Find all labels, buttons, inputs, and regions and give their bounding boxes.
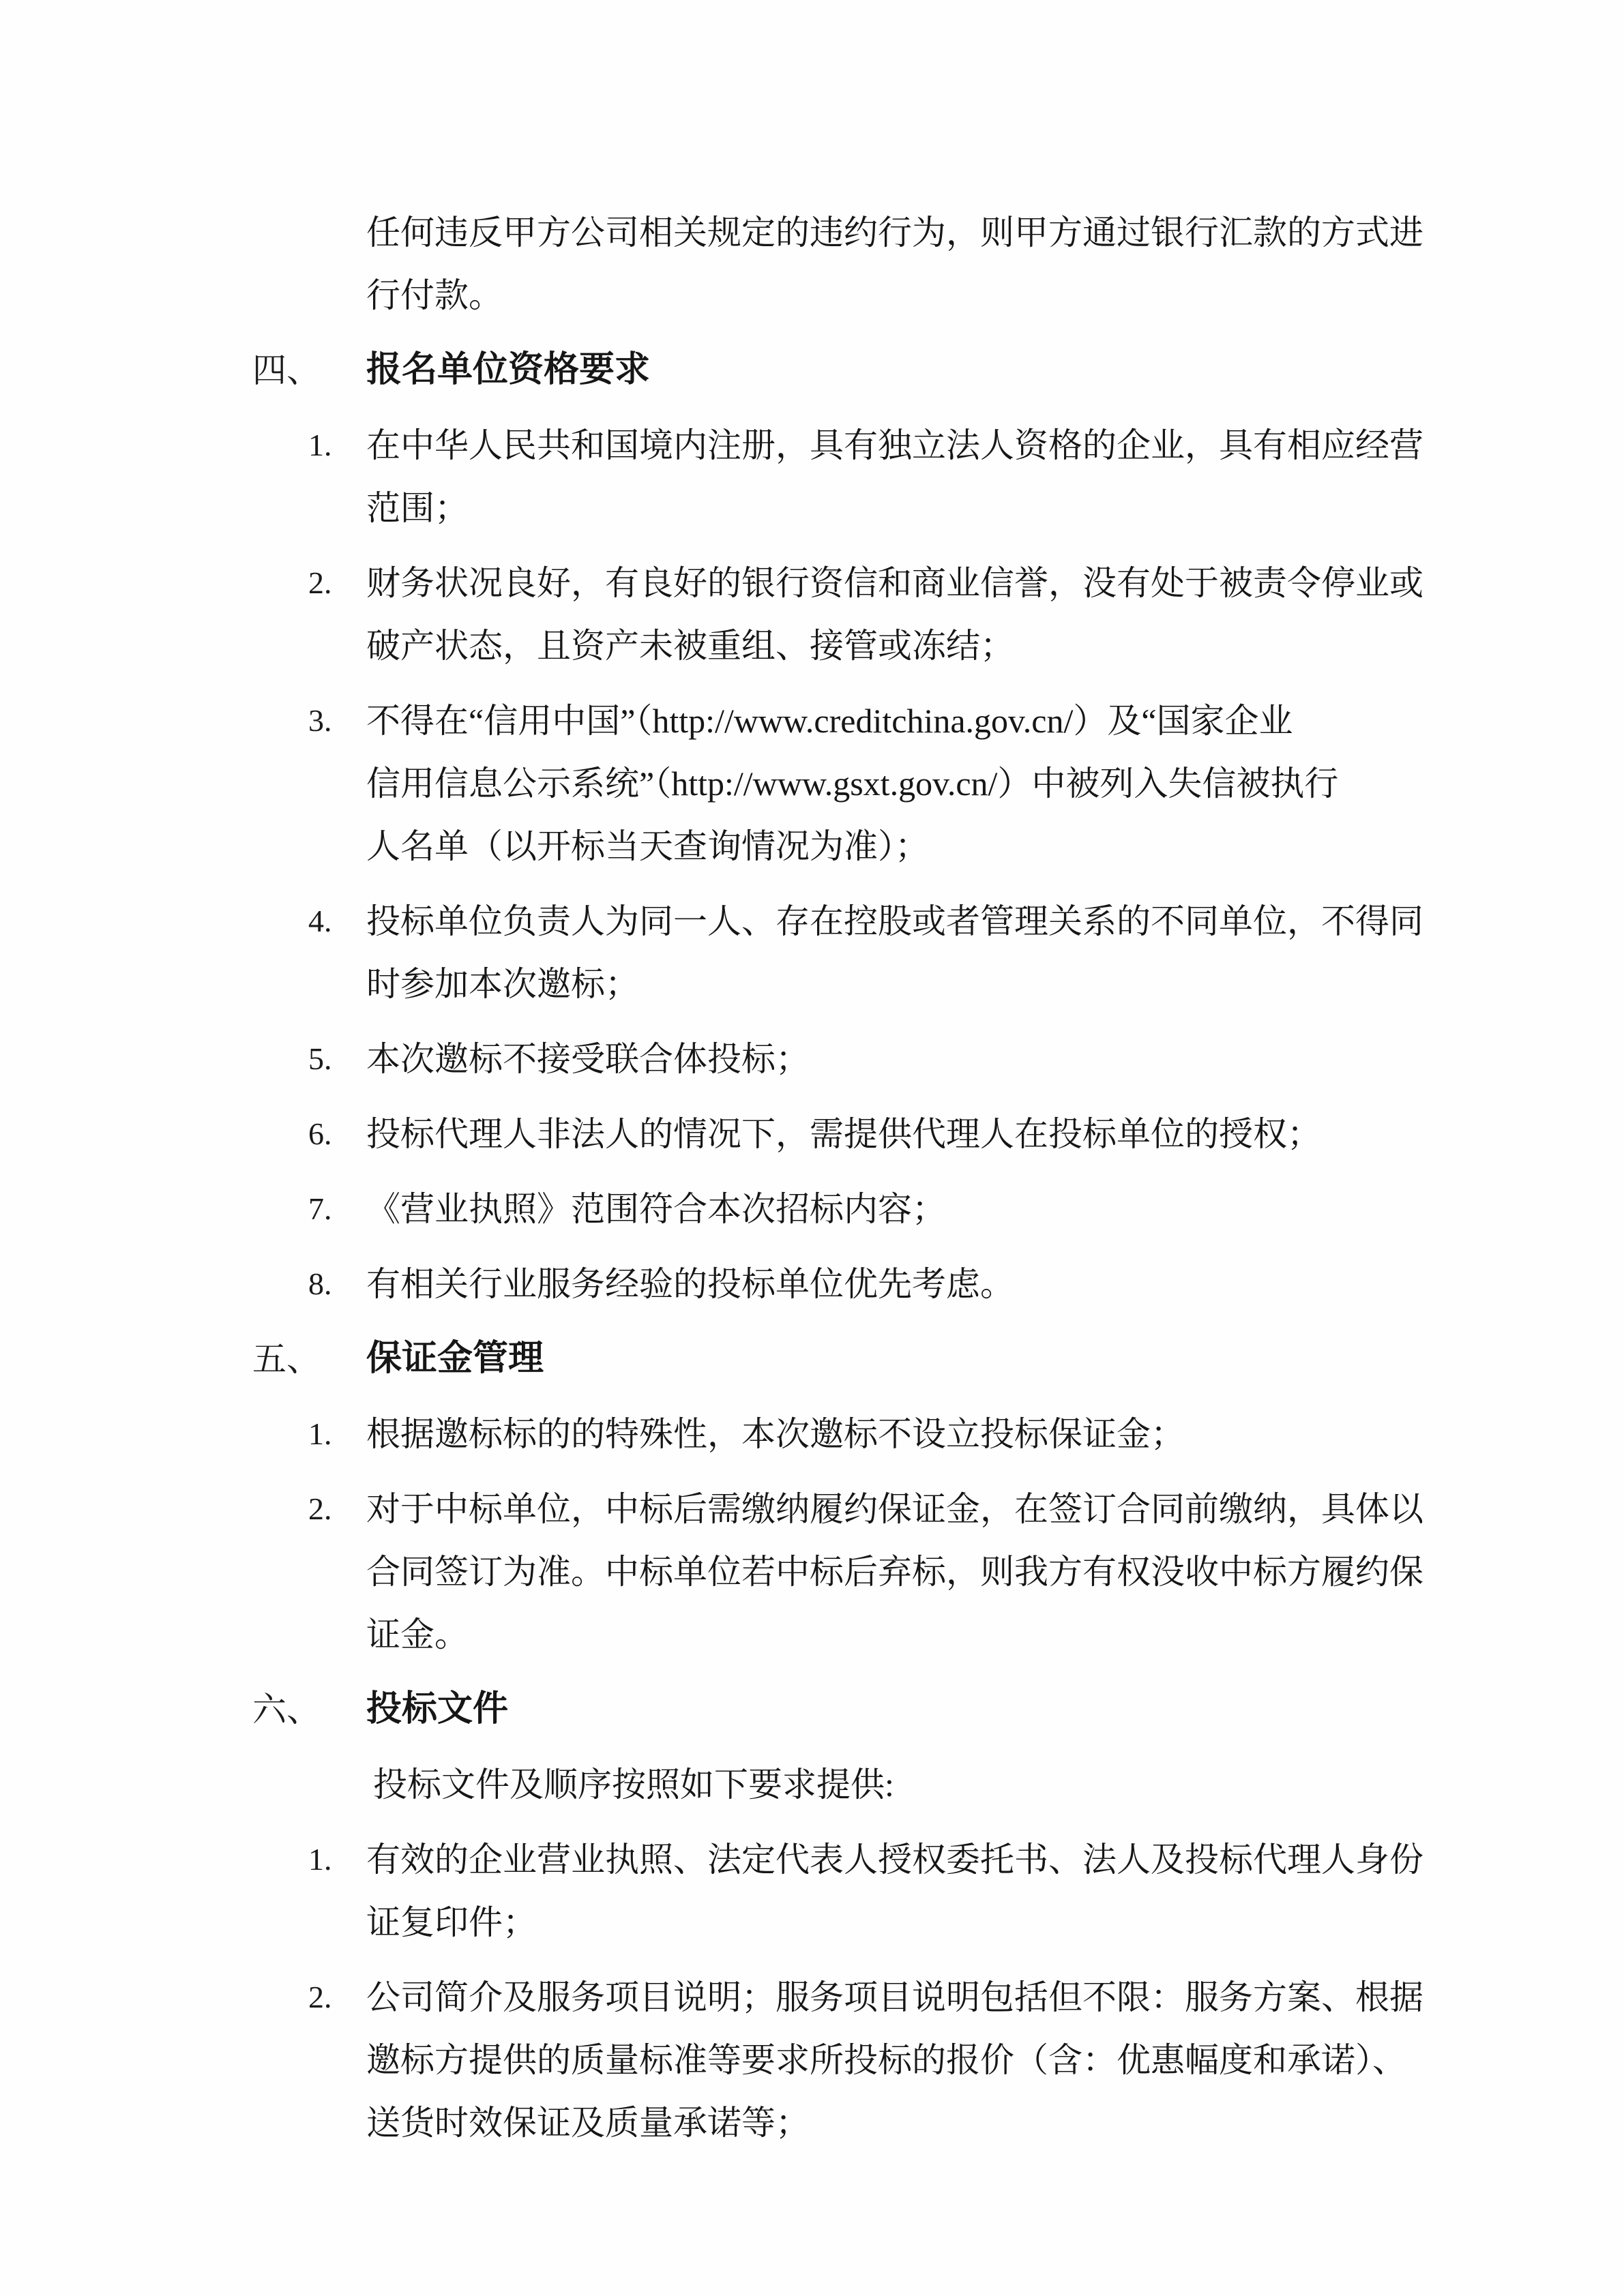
item-number: 7. bbox=[308, 1178, 332, 1240]
text-line: 合同签订为准。中标单位若中标后弃标，则我方有权没收中标方履约保 bbox=[366, 1540, 1458, 1603]
section-intro: 投标文件及顺序按照如下要求提供: bbox=[366, 1753, 1458, 1816]
text-line: 在中华人民共和国境内注册，具有独立法人资格的企业，具有相应经营 bbox=[366, 414, 1458, 477]
text-line: 范围； bbox=[366, 477, 1458, 539]
text-line: 本次邀标不接受联合体投标； bbox=[366, 1028, 1458, 1090]
item-number: 2. bbox=[308, 1966, 332, 2029]
text-line: 送货时效保证及质量承诺等； bbox=[366, 2091, 1458, 2154]
text-line: 行付款。 bbox=[366, 264, 1458, 327]
continuation-paragraph: 任何违反甲方公司相关规定的违约行为，则甲方通过银行汇款的方式进 行付款。 bbox=[366, 201, 1458, 327]
item-number: 5. bbox=[308, 1028, 332, 1090]
text-line: 邀标方提供的质量标准等要求所投标的报价（含：优惠幅度和承诺）、 bbox=[366, 2029, 1458, 2091]
text-line: 有效的企业营业执照、法定代表人授权委托书、法人及投标代理人身份 bbox=[366, 1828, 1458, 1891]
list-item: 2. 财务状况良好，有良好的银行资信和商业信誉，没有处于被责令停业或 破产状态，… bbox=[366, 552, 1458, 677]
list-item: 1. 根据邀标标的的特殊性，本次邀标不设立投标保证金； bbox=[366, 1403, 1458, 1465]
text-line: 对于中标单位，中标后需缴纳履约保证金，在签订合同前缴纳，具体以 bbox=[366, 1478, 1458, 1540]
section-number: 四、 bbox=[252, 339, 321, 402]
list-item: 8. 有相关行业服务经验的投标单位优先考虑。 bbox=[366, 1253, 1458, 1315]
list-item: 7. 《营业执照》范围符合本次招标内容； bbox=[366, 1178, 1458, 1240]
list-item: 5. 本次邀标不接受联合体投标； bbox=[366, 1028, 1458, 1090]
document-page: 任何违反甲方公司相关规定的违约行为，则甲方通过银行汇款的方式进 行付款。 四、 … bbox=[0, 0, 1624, 2296]
item-number: 1. bbox=[308, 1403, 332, 1465]
text-line: 有相关行业服务经验的投标单位优先考虑。 bbox=[366, 1253, 1458, 1315]
section-heading: 四、 报名单位资格要求 bbox=[366, 339, 1458, 402]
text-line: 破产状态，且资产未被重组、接管或冻结； bbox=[366, 614, 1458, 677]
item-number: 8. bbox=[308, 1253, 332, 1315]
section-title: 投标文件 bbox=[366, 1678, 1458, 1741]
text-line: 投标代理人非法人的情况下，需提供代理人在投标单位的授权； bbox=[366, 1103, 1458, 1165]
item-number: 2. bbox=[308, 552, 332, 614]
section-heading: 六、 投标文件 bbox=[366, 1678, 1458, 1741]
list-item: 3. 不得在“信用中国”（http://www.creditchina.gov.… bbox=[366, 689, 1458, 878]
text-line: 证复印件； bbox=[366, 1891, 1458, 1954]
list-item: 2. 公司简介及服务项目说明；服务项目说明包括但不限：服务方案、根据 邀标方提供… bbox=[366, 1966, 1458, 2154]
list-item: 1. 有效的企业营业执照、法定代表人授权委托书、法人及投标代理人身份 证复印件； bbox=[366, 1828, 1458, 1954]
section-title: 报名单位资格要求 bbox=[366, 339, 1458, 402]
item-number: 1. bbox=[308, 414, 332, 477]
text-line: 证金。 bbox=[366, 1603, 1458, 1666]
list-item: 6. 投标代理人非法人的情况下，需提供代理人在投标单位的授权； bbox=[366, 1103, 1458, 1165]
text-line: 任何违反甲方公司相关规定的违约行为，则甲方通过银行汇款的方式进 bbox=[366, 201, 1458, 264]
item-number: 2. bbox=[308, 1478, 332, 1540]
text-line: 根据邀标标的的特殊性，本次邀标不设立投标保证金； bbox=[366, 1403, 1458, 1465]
item-number: 6. bbox=[308, 1103, 332, 1165]
text-line: 公司简介及服务项目说明；服务项目说明包括但不限：服务方案、根据 bbox=[366, 1966, 1458, 2029]
text-line: 《营业执照》范围符合本次招标内容； bbox=[366, 1178, 1458, 1240]
section-number: 六、 bbox=[252, 1678, 321, 1741]
section-number: 五、 bbox=[252, 1328, 321, 1390]
item-number: 4. bbox=[308, 890, 332, 953]
text-line: 时参加本次邀标； bbox=[366, 953, 1458, 1015]
document-content: 任何违反甲方公司相关规定的违约行为，则甲方通过银行汇款的方式进 行付款。 四、 … bbox=[366, 201, 1458, 2154]
item-number: 3. bbox=[308, 689, 332, 752]
item-number: 1. bbox=[308, 1828, 332, 1891]
text-line: 信用信息公示系统”（http://www.gsxt.gov.cn/）中被列入失信… bbox=[366, 752, 1458, 815]
section-heading: 五、 保证金管理 bbox=[366, 1328, 1458, 1390]
list-item: 2. 对于中标单位，中标后需缴纳履约保证金，在签订合同前缴纳，具体以 合同签订为… bbox=[366, 1478, 1458, 1666]
section-title: 保证金管理 bbox=[366, 1328, 1458, 1390]
section-intro-line: 投标文件及顺序按照如下要求提供: bbox=[366, 1753, 1458, 1816]
text-line: 投标单位负责人为同一人、存在控股或者管理关系的不同单位，不得同 bbox=[366, 890, 1458, 953]
list-item: 1. 在中华人民共和国境内注册，具有独立法人资格的企业，具有相应经营 范围； bbox=[366, 414, 1458, 539]
text-line: 人名单（以开标当天查询情况为准）； bbox=[366, 815, 1458, 878]
list-item: 4. 投标单位负责人为同一人、存在控股或者管理关系的不同单位，不得同 时参加本次… bbox=[366, 890, 1458, 1015]
text-line: 不得在“信用中国”（http://www.creditchina.gov.cn/… bbox=[366, 689, 1458, 752]
text-line: 财务状况良好，有良好的银行资信和商业信誉，没有处于被责令停业或 bbox=[366, 552, 1458, 614]
